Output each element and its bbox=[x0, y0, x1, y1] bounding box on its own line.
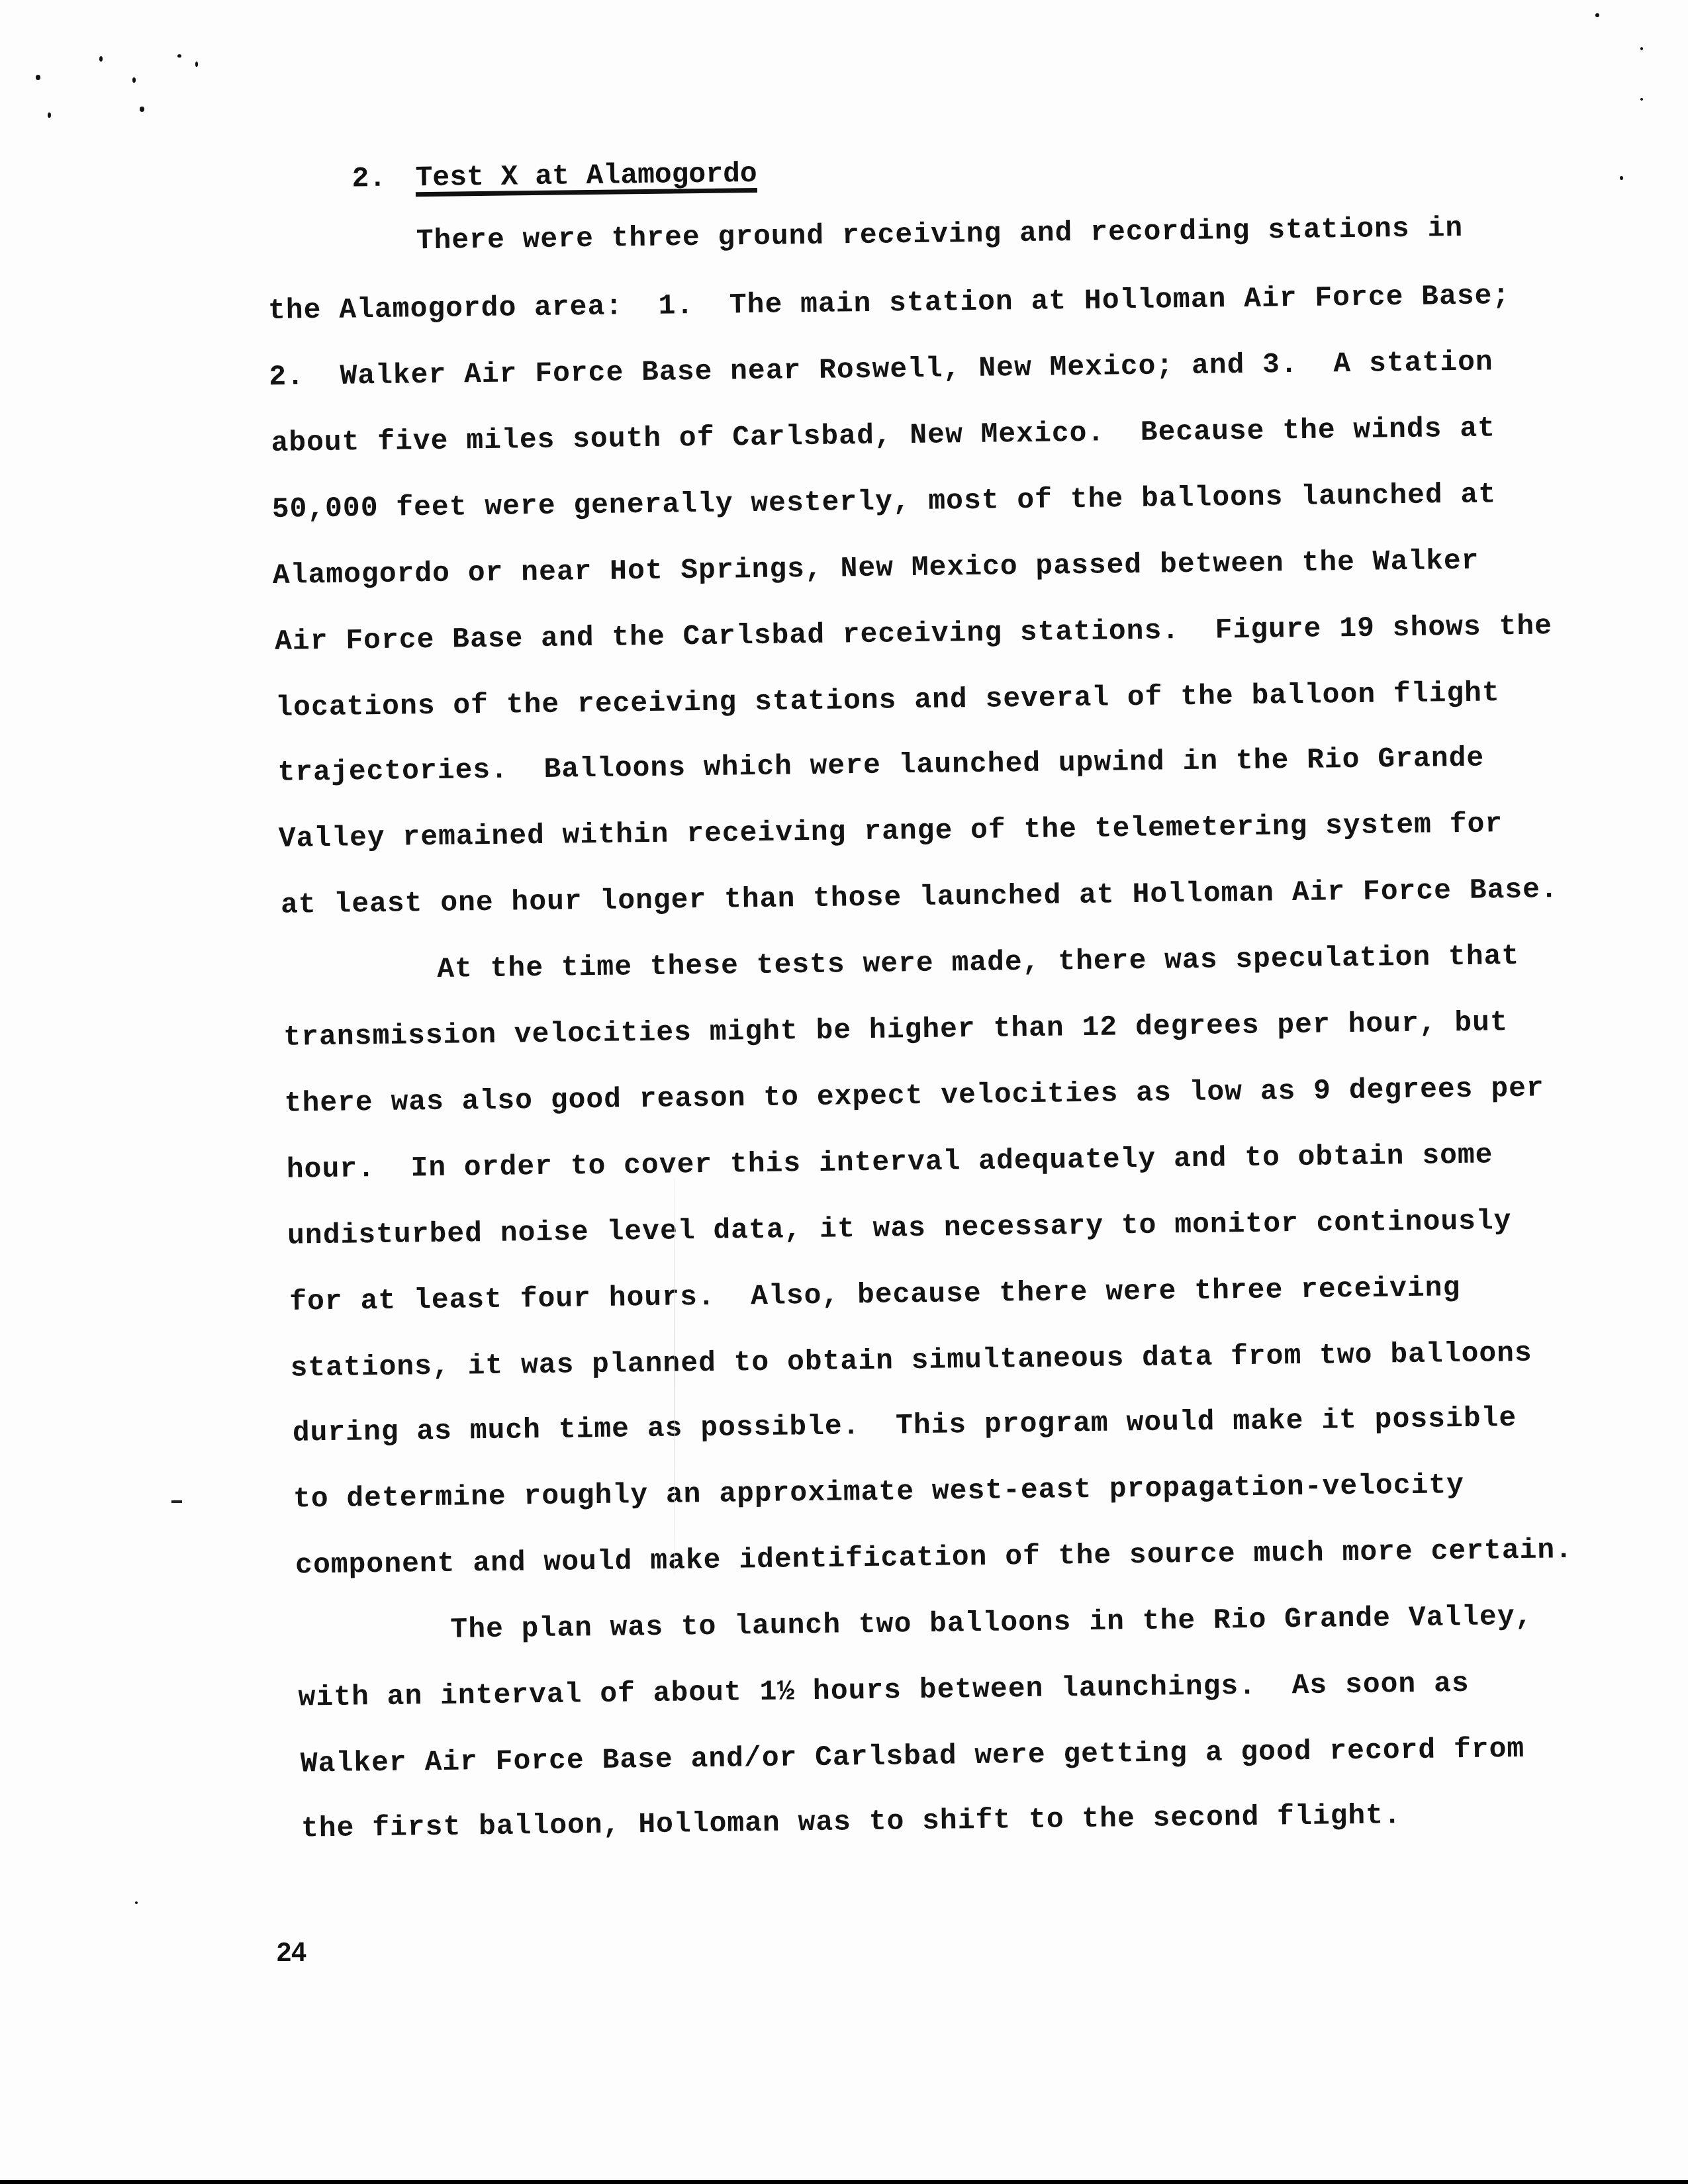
paragraph-2-line-1: At the time these tests were made, there… bbox=[437, 942, 1519, 983]
scan-fold-line bbox=[674, 1178, 675, 1575]
paragraph-2-line-3: there was also good reason to expect vel… bbox=[284, 1073, 1544, 1117]
scan-speck bbox=[1640, 47, 1643, 50]
paragraph-3-line-4: the first balloon, Holloman was to shift… bbox=[301, 1801, 1401, 1843]
paragraph-1-line-4: about five miles south of Carlsbad, New … bbox=[271, 414, 1495, 457]
paragraph-2-line-6: for at least four hours. Also, because t… bbox=[289, 1273, 1460, 1316]
scan-speck bbox=[1595, 13, 1599, 17]
paragraph-2-line-10: component and would make identification … bbox=[295, 1535, 1573, 1580]
typewritten-text-block: 2. Test X at Alamogordo There were three… bbox=[0, 0, 1688, 2184]
paragraph-1-line-11: at least one hour longer than those laun… bbox=[281, 875, 1558, 919]
scan-speck bbox=[132, 77, 136, 83]
scan-speck bbox=[135, 1901, 138, 1904]
paragraph-1-line-1: There were three ground receiving and re… bbox=[416, 214, 1464, 255]
paragraph-2-line-7: stations, it was planned to obtain simul… bbox=[290, 1339, 1532, 1383]
scan-speck bbox=[36, 75, 40, 80]
paragraph-2-line-5: undisturbed noise level data, it was nec… bbox=[287, 1206, 1512, 1250]
paragraph-1-line-10: Valley remained within receiving range o… bbox=[279, 809, 1503, 853]
paragraph-2-line-9: to determine roughly an approximate west… bbox=[293, 1471, 1464, 1514]
scan-bottom-edge bbox=[0, 2180, 1688, 2184]
scan-speck bbox=[1640, 98, 1643, 101]
paragraph-1-line-9: trajectories. Balloons which were launch… bbox=[277, 744, 1484, 787]
paragraph-1-line-3: 2. Walker Air Force Base near Roswell, N… bbox=[269, 347, 1493, 391]
paragraph-1-line-8: locations of the receiving stations and … bbox=[275, 678, 1500, 722]
scan-speck bbox=[99, 56, 103, 62]
section-number: 2. bbox=[352, 162, 386, 195]
paragraph-3-line-3: Walker Air Force Base and/or Carlsbad we… bbox=[301, 1735, 1525, 1778]
margin-dash-mark bbox=[171, 1500, 182, 1503]
paragraph-1-line-2: the Alamogordo area: 1. The main station… bbox=[268, 281, 1511, 325]
scan-speck bbox=[177, 54, 181, 58]
paragraph-1-line-6: Alamogordo or near Hot Springs, New Mexi… bbox=[273, 547, 1479, 590]
scan-speck bbox=[1620, 176, 1623, 180]
document-page: 2. Test X at Alamogordo There were three… bbox=[0, 0, 1688, 2184]
section-title: Test X at Alamogordo bbox=[415, 158, 757, 194]
paragraph-3-line-2: with an interval of about 1½ hours betwe… bbox=[298, 1669, 1469, 1712]
scan-speck bbox=[140, 107, 144, 112]
page-number: 24 bbox=[277, 1938, 306, 1968]
paragraph-3-line-1: The plan was to launch two balloons in t… bbox=[450, 1602, 1532, 1644]
paragraph-1-line-5: 50,000 feet were generally westerly, mos… bbox=[271, 480, 1496, 523]
paragraph-2-line-8: during as much time as possible. This pr… bbox=[293, 1404, 1517, 1447]
scan-speck bbox=[48, 113, 51, 118]
paragraph-1-line-7: Air Force Base and the Carlsbad receivin… bbox=[275, 612, 1552, 656]
paragraph-2-line-4: hour. In order to cover this interval ad… bbox=[287, 1140, 1493, 1183]
paragraph-2-line-2: transmission velocities might be higher … bbox=[283, 1008, 1508, 1052]
scan-speck bbox=[195, 62, 198, 67]
